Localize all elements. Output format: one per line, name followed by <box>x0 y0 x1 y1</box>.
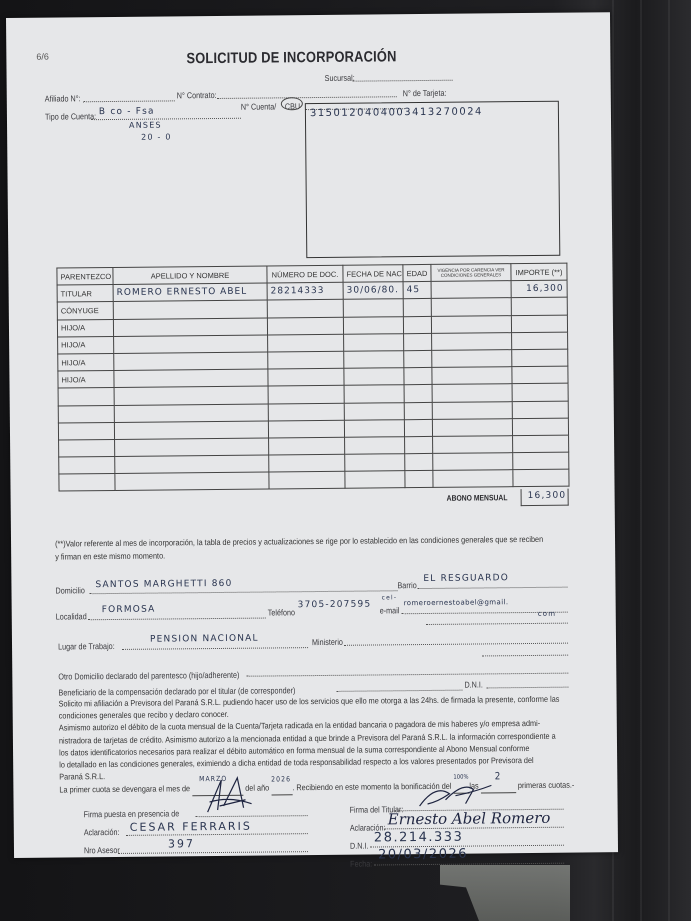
cell-edad[interactable] <box>404 402 432 419</box>
cell-fecha-nac[interactable] <box>344 351 404 369</box>
cell-edad[interactable] <box>405 453 433 470</box>
cell-doc[interactable] <box>268 368 344 386</box>
domicilio-value: SANTOS MARGHETTI 860 <box>95 579 232 590</box>
fecha-label: Fecha: <box>350 859 372 869</box>
bonificacion-cuotas-value: 2 <box>495 771 502 784</box>
cell-parentezco <box>58 405 114 423</box>
form-sheet: 6/6 SOLICITUD DE INCORPORACIÓN Sucursal:… <box>6 12 618 858</box>
nro-asesor-field[interactable] <box>118 851 308 854</box>
afiliado-field[interactable] <box>83 100 175 102</box>
tarjeta-label: N° de Tarjeta: <box>403 88 447 98</box>
cell-edad[interactable] <box>405 436 433 453</box>
col-doc: NÚMERO DE DOC. <box>267 265 343 283</box>
dni-titular-value: 28.214.333 <box>374 830 464 846</box>
form-title: SOLICITUD DE INCORPORACIÓN <box>186 48 396 67</box>
cell-doc[interactable] <box>267 300 343 318</box>
nro-asesor-value: 397 <box>168 837 195 850</box>
members-table: PARENTEZCO APELLIDO Y NOMBRE NÚMERO DE D… <box>56 263 568 492</box>
cell-vigencia[interactable] <box>432 350 512 368</box>
telefono-value: 3705-207595 <box>298 600 372 611</box>
cell-nombre[interactable]: ROMERO ERNESTO ABEL <box>113 283 267 302</box>
email-field-line-2[interactable] <box>426 623 568 625</box>
aclaracion-asesor-value: CESAR FERRARIS <box>130 820 252 834</box>
cell-parentezco: HIJO/A <box>58 353 114 371</box>
col-nombre: APELLIDO Y NOMBRE <box>113 266 267 285</box>
cell-doc[interactable] <box>268 403 344 421</box>
cell-importe[interactable]: 16,300 <box>511 280 567 298</box>
cell-fecha-nac[interactable] <box>344 385 404 403</box>
cell-importe[interactable] <box>513 469 569 487</box>
col-importe: IMPORTE (**) <box>511 263 567 281</box>
folder-crease <box>640 0 642 921</box>
cell-doc[interactable]: 28214333 <box>267 282 343 300</box>
titular-signature <box>415 779 495 810</box>
cell-doc[interactable] <box>269 437 345 455</box>
cell-parentezco: HIJO/A <box>58 371 114 389</box>
cell-doc[interactable] <box>268 334 344 352</box>
cell-vigencia[interactable] <box>432 418 512 436</box>
cell-vigencia[interactable] <box>431 281 511 299</box>
cell-fecha-nac[interactable] <box>344 333 404 351</box>
cell-edad[interactable] <box>404 350 432 367</box>
cell-parentezco: HIJO/A <box>58 336 114 354</box>
cell-vigencia[interactable] <box>431 298 511 316</box>
folder-crease <box>668 0 670 921</box>
cell-importe[interactable] <box>513 452 569 470</box>
cell-doc[interactable] <box>268 386 344 404</box>
cell-fecha-nac[interactable]: 30/06/80. <box>343 282 403 300</box>
nro-asesor-label: Nro Asesor <box>84 845 120 855</box>
cell-doc[interactable] <box>268 351 344 369</box>
ministerio-field[interactable] <box>344 643 568 646</box>
page-number: 6/6 <box>36 52 49 62</box>
cell-importe[interactable] <box>512 349 568 367</box>
localidad-label: Localidad <box>56 611 87 621</box>
abono-mensual-value: 16,300 <box>528 491 567 501</box>
trabajo-field[interactable] <box>122 647 308 650</box>
cell-parentezco <box>58 422 114 440</box>
barrio-field[interactable] <box>417 587 567 589</box>
barrio-value: EL RESGUARDO <box>423 573 509 584</box>
cell-parentezco <box>58 388 114 406</box>
col-parentezco: PARENTEZCO <box>57 267 113 285</box>
cell-edad[interactable] <box>404 368 432 385</box>
telefono-label: Teléfono <box>268 607 295 617</box>
tipo-cuenta-value: B co - Fsa <box>99 107 155 118</box>
cell-importe[interactable] <box>512 366 568 384</box>
cell-fecha-nac[interactable] <box>345 437 405 455</box>
cuota-anio-field[interactable]: 2026 <box>271 781 292 795</box>
email-label: e-mail <box>380 605 400 615</box>
cell-parentezco <box>59 474 115 492</box>
cell-nombre[interactable] <box>114 386 268 405</box>
afiliado-label: Afiliado N°: <box>45 93 81 103</box>
cell-nombre[interactable] <box>114 335 268 354</box>
beneficiario-dni-label: D.N.I. <box>464 679 483 689</box>
cuenta-label: N° Cuenta/ <box>241 101 277 111</box>
abono-mensual-row: ABONO MENSUAL 16,300 <box>59 489 569 512</box>
cell-importe[interactable] <box>511 298 567 316</box>
cell-edad[interactable]: 45 <box>403 282 431 299</box>
ministerio-label: Ministerio <box>312 637 343 647</box>
col-edad: EDAD <box>403 264 431 281</box>
cell-vigencia[interactable] <box>432 332 512 350</box>
cell-edad[interactable] <box>403 299 431 316</box>
cell-nombre[interactable] <box>114 404 268 423</box>
col-vigencia: VIGENCIA POR CARENCIA VER CONDICIONES GE… <box>431 264 511 282</box>
telefono-note: cel- <box>382 594 398 601</box>
trabajo-value: PENSION NACIONAL <box>150 634 259 645</box>
cell-parentezco: CÓNYUGE <box>57 302 113 320</box>
aclaracion-asesor-label: Aclaración: <box>84 827 120 837</box>
tipo-cuenta-note-number: 20 - 0 <box>141 132 172 141</box>
localidad-field[interactable] <box>88 618 266 621</box>
otro-domicilio-field[interactable] <box>246 673 568 677</box>
cell-fecha-nac[interactable] <box>343 299 403 317</box>
aclaracion-titular-value: Ernesto Abel Romero <box>388 809 551 829</box>
cell-edad[interactable] <box>404 419 432 436</box>
domicilio-label: Domicilio <box>55 585 84 595</box>
cell-edad[interactable] <box>405 471 433 488</box>
tipo-cuenta-field[interactable] <box>91 118 241 120</box>
cbu-value: 3150120404003413270024 <box>310 106 483 119</box>
abono-mensual-label: ABONO MENSUAL <box>447 493 508 503</box>
cell-vigencia[interactable] <box>433 470 513 488</box>
abono-mensual-field[interactable]: 16,300 <box>521 489 569 506</box>
contrato-field[interactable] <box>217 96 397 99</box>
cell-vigencia[interactable] <box>432 367 512 385</box>
cell-fecha-nac[interactable] <box>344 419 404 437</box>
cell-fecha-nac[interactable] <box>343 316 403 334</box>
table-row <box>59 469 569 491</box>
domicilio-field[interactable] <box>90 590 398 594</box>
cell-vigencia[interactable] <box>432 384 512 402</box>
col-fecha-nac: FECHA DE NAC. <box>343 265 403 283</box>
cell-importe[interactable] <box>513 435 569 453</box>
cell-nombre[interactable] <box>114 369 268 388</box>
cell-nombre[interactable] <box>114 421 268 440</box>
cell-vigencia[interactable] <box>431 315 511 333</box>
cell-doc[interactable] <box>267 317 343 335</box>
cell-fecha-nac[interactable] <box>344 368 404 386</box>
tipo-cuenta-note-anses: ANSES <box>129 121 162 130</box>
cell-fecha-nac[interactable] <box>344 402 404 420</box>
advisor-signature <box>199 776 259 817</box>
footnote: (**)Valor referente al mes de incorporac… <box>55 532 601 562</box>
cell-parentezco: HIJO/A <box>57 319 113 337</box>
cell-parentezco <box>59 439 115 457</box>
cell-nombre[interactable] <box>115 438 269 457</box>
cell-vigencia[interactable] <box>433 436 513 454</box>
cell-doc[interactable] <box>268 420 344 438</box>
beneficiario-dni-field[interactable] <box>486 687 568 689</box>
firma-presencia-label: Firma puesta en presencia de <box>84 808 180 819</box>
cell-importe[interactable] <box>512 332 568 350</box>
cell-importe[interactable] <box>512 383 568 401</box>
cell-edad[interactable] <box>404 385 432 402</box>
cell-edad[interactable] <box>404 333 432 350</box>
email-value-continued: com <box>538 610 557 618</box>
cell-edad[interactable] <box>403 316 431 333</box>
cuota-anio-value: 2026 <box>271 773 291 786</box>
barrio-label: Barrio <box>397 580 416 590</box>
cell-parentezco: TITULAR <box>57 285 113 303</box>
cell-nombre[interactable] <box>113 318 267 337</box>
cell-fecha-nac[interactable] <box>345 454 405 472</box>
beneficiario-field[interactable] <box>336 690 462 692</box>
cell-doc[interactable] <box>269 454 345 472</box>
cell-parentezco <box>59 457 115 475</box>
dni-titular-label: D.N.I. <box>350 841 369 851</box>
cell-importe[interactable] <box>511 315 567 333</box>
cell-doc[interactable] <box>269 472 345 490</box>
otro-domicilio-label: Otro Domicilio declarado del parentesco … <box>58 670 239 682</box>
sucursal-label: Sucursal: <box>325 73 355 83</box>
cell-nombre[interactable] <box>115 455 269 474</box>
cell-nombre[interactable] <box>114 352 268 371</box>
legal-text: Solicito mi afiliación a Previsora del P… <box>59 692 605 783</box>
cell-vigencia[interactable] <box>432 401 512 419</box>
cell-importe[interactable] <box>512 401 568 419</box>
trabajo-label: Lugar de Trabajo: <box>58 641 115 652</box>
email-value: romeroernestoabel@gmail. <box>404 598 509 607</box>
cell-nombre[interactable] <box>113 300 267 319</box>
cell-nombre[interactable] <box>115 472 269 491</box>
firma-presencia-field[interactable] <box>196 815 308 817</box>
contrato-label: N° Contrato: <box>177 90 217 100</box>
ministerio-field-line-2[interactable] <box>482 655 568 657</box>
cell-vigencia[interactable] <box>433 453 513 471</box>
fecha-value: 20/03/2026 <box>378 847 468 863</box>
localidad-value: FORMOSA <box>102 605 156 616</box>
sucursal-field[interactable] <box>353 80 453 82</box>
cell-fecha-nac[interactable] <box>345 471 405 489</box>
cell-importe[interactable] <box>512 418 568 436</box>
cbu-box[interactable]: 3150120404003413270024 <box>305 101 560 258</box>
tipo-cuenta-label: Tipo de Cuenta: <box>45 111 96 121</box>
